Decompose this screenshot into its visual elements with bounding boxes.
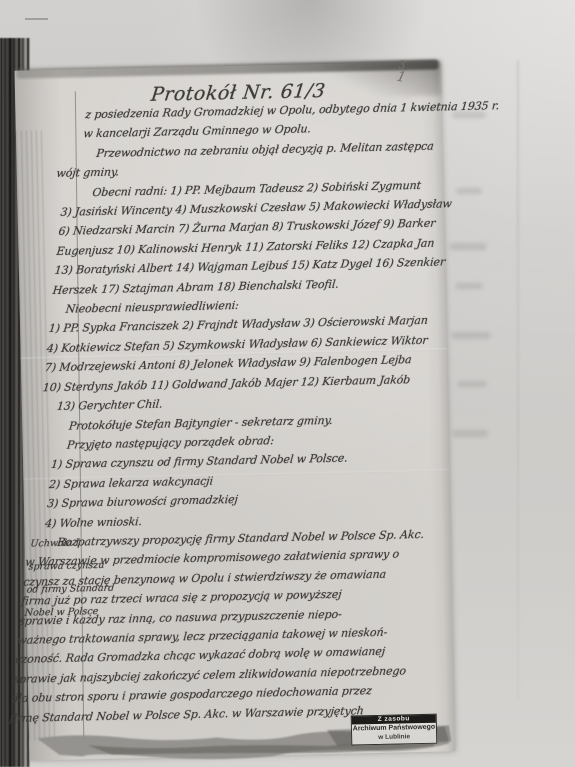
document-page: 3 1 Protokół Nr. 61/3 z posiedzenia Rady…	[15, 61, 456, 760]
ink-ghost-mark	[452, 430, 488, 437]
ink-ghost-mark	[451, 332, 491, 339]
page-corner-smudge	[320, 61, 441, 98]
margin-note-line: od firmy Standard	[26, 577, 90, 601]
ink-ghost-mark	[456, 188, 482, 194]
ink-ghost-mark	[452, 112, 486, 118]
background-crease	[517, 60, 519, 700]
ink-ghost-mark	[455, 283, 483, 289]
background-pencil-dash	[25, 18, 48, 20]
margin-note-line: Nobel w Polsce	[24, 600, 88, 624]
ink-ghost-mark	[457, 381, 487, 387]
archive-stamp: Z zasobu Archiwum Państwowego w Lublinie	[351, 714, 438, 746]
margin-note-line: sprawa czynszu	[28, 554, 92, 578]
margin-note-line: Uchwała I	[30, 531, 94, 555]
margin-annotation: Uchwała I sprawa czynszu od firmy Standa…	[24, 531, 94, 625]
photo-of-document: 3 1 Protokół Nr. 61/3 z posiedzenia Rady…	[0, 0, 575, 767]
ink-ghost-mark	[449, 243, 487, 250]
handwritten-body: z posiedzenia Rady Gromadzkiej w Opolu, …	[9, 97, 444, 728]
